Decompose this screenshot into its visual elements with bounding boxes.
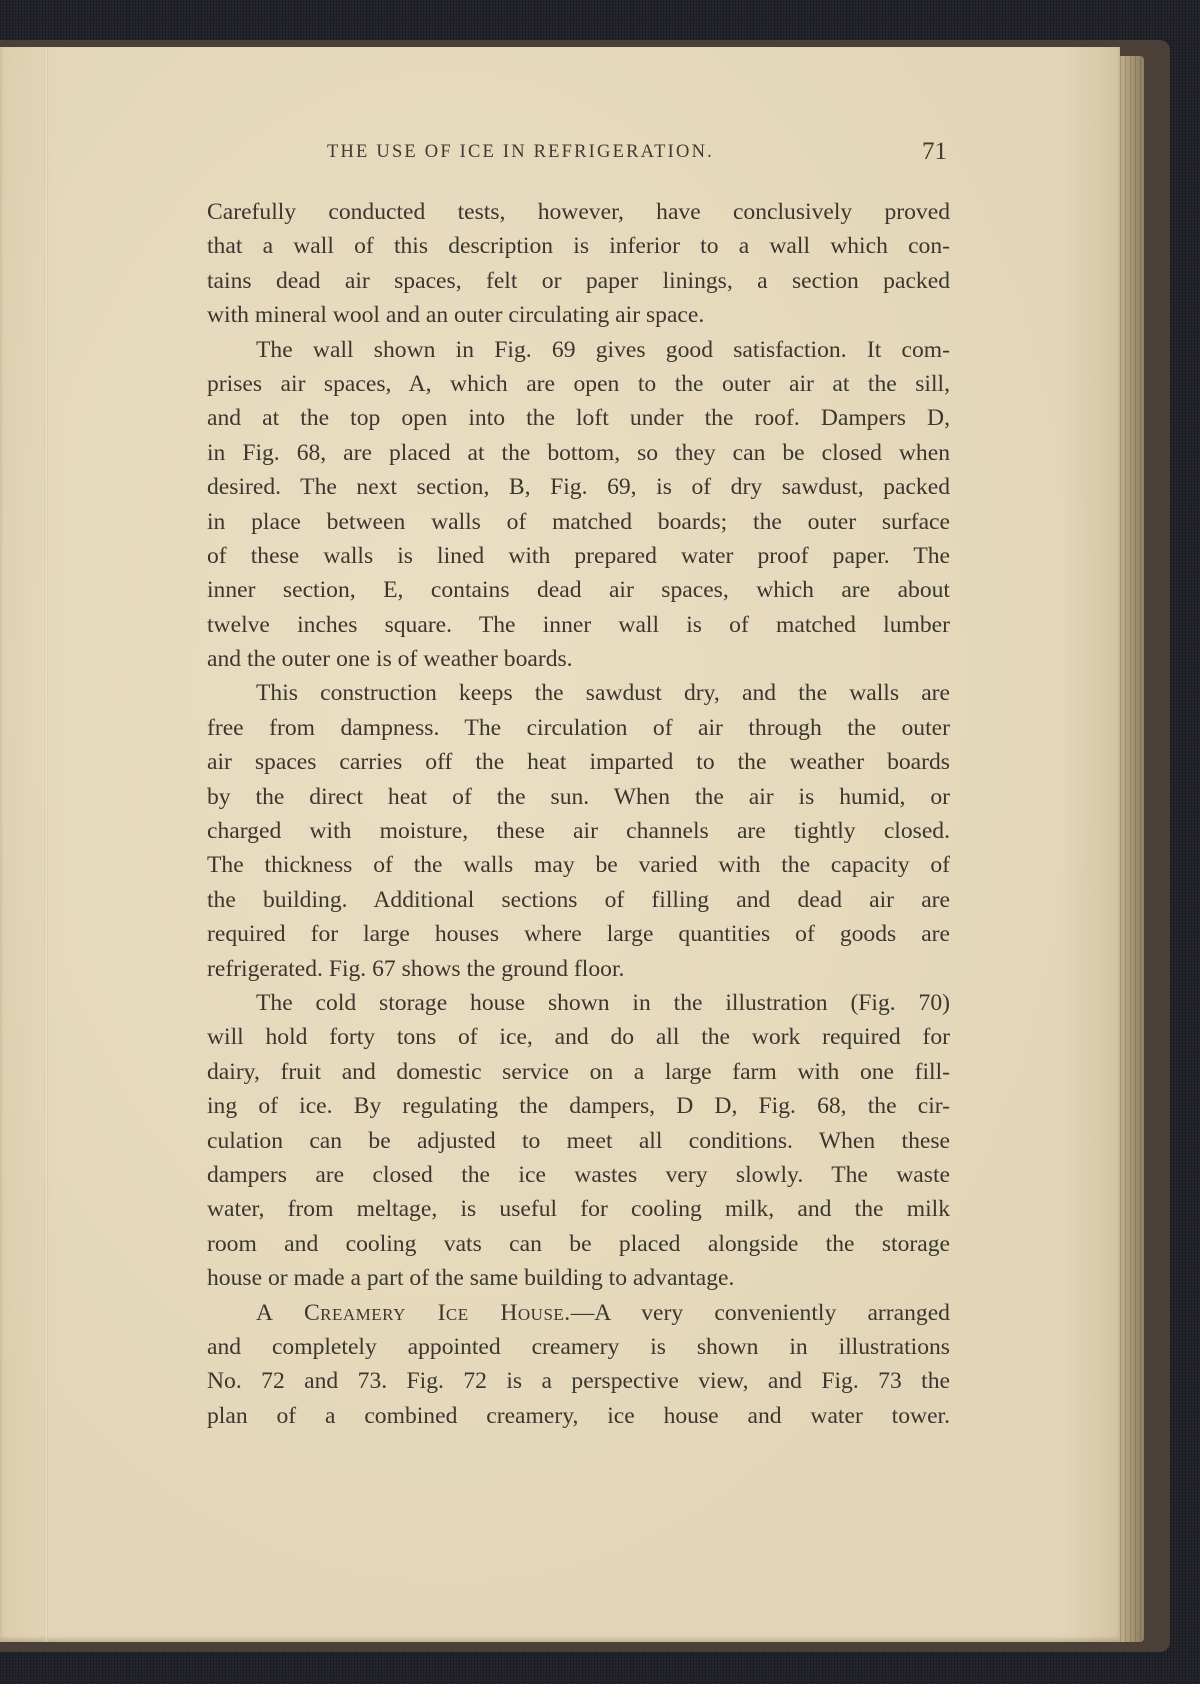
- text-line: of these walls is lined with prepared wa…: [207, 539, 950, 573]
- body-text: Carefully conducted tests, however, have…: [207, 195, 950, 1433]
- text-line: free from dampness. The circulation of a…: [207, 711, 950, 745]
- text-line: twelve inches square. The inner wall is …: [207, 608, 950, 642]
- text-line: the building. Additional sections of fil…: [207, 883, 950, 917]
- text-line: A Creamery Ice House.—A very convenientl…: [207, 1296, 950, 1330]
- text-line: refrigerated. Fig. 67 shows the ground f…: [207, 952, 950, 986]
- text-line: prises air spaces, A, which are open to …: [207, 367, 950, 401]
- running-head-title: THE USE OF ICE IN REFRIGERATION.: [327, 142, 714, 163]
- section-heading: A Creamery Ice House.: [256, 1300, 571, 1326]
- text-line: inner section, E, contains dead air spac…: [207, 573, 950, 607]
- text-line: room and cooling vats can be placed alon…: [207, 1227, 950, 1261]
- text-line: The thickness of the walls may be varied…: [207, 848, 950, 882]
- text-line: charged with moisture, these air channel…: [207, 814, 950, 848]
- gutter-fold: [44, 47, 48, 1642]
- text-line: culation can be adjusted to meet all con…: [207, 1124, 950, 1158]
- text-line: ing of ice. By regulating the dampers, D…: [207, 1089, 950, 1123]
- text-line: by the direct heat of the sun. When the …: [207, 780, 950, 814]
- text-line: water, from meltage, is useful for cooli…: [207, 1192, 950, 1226]
- text-line: house or made a part of the same buildin…: [207, 1261, 950, 1295]
- text-line: with mineral wool and an outer circulati…: [207, 298, 950, 332]
- text-line: This construction keeps the sawdust dry,…: [207, 676, 950, 710]
- text-line: plan of a combined creamery, ice house a…: [207, 1399, 950, 1433]
- text-line: and the outer one is of weather boards.: [207, 642, 950, 676]
- text-line: in Fig. 68, are placed at the bottom, so…: [207, 436, 950, 470]
- running-head: THE USE OF ICE IN REFRIGERATION. 71: [327, 140, 947, 170]
- paragraph-creamery-ice-house: A Creamery Ice House.—A very convenientl…: [207, 1296, 950, 1434]
- text-line: The cold storage house shown in the illu…: [207, 986, 950, 1020]
- paragraph: The wall shown in Fig. 69 gives good sat…: [207, 333, 950, 677]
- text-line: Carefully conducted tests, however, have…: [207, 195, 950, 229]
- page-number: 71: [922, 138, 947, 166]
- text-line: that a wall of this description is infer…: [207, 229, 950, 263]
- text-line: and at the top open into the loft under …: [207, 401, 950, 435]
- text-line: in place between walls of matched boards…: [207, 505, 950, 539]
- text-line: required for large houses where large qu…: [207, 917, 950, 951]
- text-line: No. 72 and 73. Fig. 72 is a perspective …: [207, 1364, 950, 1398]
- text-run: —A very conveniently arranged: [571, 1300, 950, 1326]
- paragraph: The cold storage house shown in the illu…: [207, 986, 950, 1296]
- text-line: The wall shown in Fig. 69 gives good sat…: [207, 333, 950, 367]
- paragraph: This construction keeps the sawdust dry,…: [207, 676, 950, 986]
- text-line: tains dead air spaces, felt or paper lin…: [207, 264, 950, 298]
- text-line: dairy, fruit and domestic service on a l…: [207, 1055, 950, 1089]
- text-line: and completely appointed creamery is sho…: [207, 1330, 950, 1364]
- paragraph: Carefully conducted tests, however, have…: [207, 195, 950, 333]
- text-line: will hold forty tons of ice, and do all …: [207, 1020, 950, 1054]
- text-line: dampers are closed the ice wastes very s…: [207, 1158, 950, 1192]
- text-line: air spaces carries off the heat imparted…: [207, 745, 950, 779]
- text-line: desired. The next section, B, Fig. 69, i…: [207, 470, 950, 504]
